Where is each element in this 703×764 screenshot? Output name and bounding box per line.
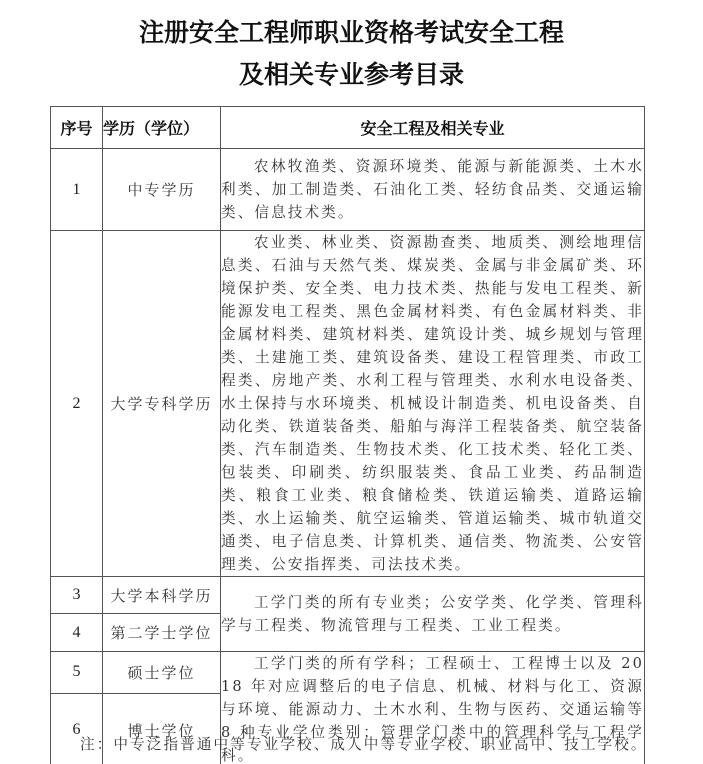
table-header-row: 序号 学历（学位） 安全工程及相关专业 (51, 107, 645, 149)
row-majors: 农业类、林业类、资源勘查类、地质类、测绘地理信息类、石油与天然气类、煤炭类、金属… (221, 231, 645, 577)
row-majors-merged: 工学门类的所有专业类；公安学类、化学类、管理科学与工程类、物流管理与工程类、工业… (221, 577, 645, 652)
header-index: 序号 (51, 107, 103, 149)
table-row: 2 大学专科学历 农业类、林业类、资源勘查类、地质类、测绘地理信息类、石油与天然… (51, 231, 645, 577)
row-degree: 中专学历 (103, 149, 221, 231)
row-index: 2 (51, 231, 103, 577)
document-title-line-1: 注册安全工程师职业资格考试安全工程 (0, 20, 703, 45)
majors-text: 农业类、林业类、资源勘查类、地质类、测绘地理信息类、石油与天然气类、煤炭类、金属… (221, 231, 644, 576)
row-degree: 硕士学位 (103, 652, 221, 694)
row-degree: 第二学士学位 (103, 614, 221, 652)
row-index: 1 (51, 149, 103, 231)
row-index: 4 (51, 614, 103, 652)
header-degree: 学历（学位） (103, 107, 221, 149)
table-row: 1 中专学历 农林牧渔类、资源环境类、能源与新能源类、土木水利类、加工制造类、石… (51, 149, 645, 231)
majors-text: 农林牧渔类、资源环境类、能源与新能源类、土木水利类、加工制造类、石油化工类、轻纺… (221, 155, 644, 224)
document-title-line-2: 及相关专业参考目录 (0, 62, 703, 87)
row-majors: 农林牧渔类、资源环境类、能源与新能源类、土木水利类、加工制造类、石油化工类、轻纺… (221, 149, 645, 231)
row-degree: 大学本科学历 (103, 577, 221, 614)
majors-text: 工学门类的所有专业类；公安学类、化学类、管理科学与工程类、物流管理与工程类、工业… (221, 591, 644, 637)
row-index: 3 (51, 577, 103, 614)
table-row: 3 大学本科学历 工学门类的所有专业类；公安学类、化学类、管理科学与工程类、物流… (51, 577, 645, 614)
row-index: 5 (51, 652, 103, 694)
header-majors: 安全工程及相关专业 (221, 107, 645, 149)
row-degree: 大学专科学历 (103, 231, 221, 577)
major-catalog-table: 序号 学历（学位） 安全工程及相关专业 1 中专学历 农林牧渔类、资源环境类、能… (50, 106, 645, 764)
footnote: 注：中专泛指普通中等专业学校、成人中等专业学校、职业高中、技工学校。 (80, 733, 648, 754)
table-row: 5 硕士学位 工学门类的所有学科；工程硕士、工程博士以及 2018 年对应调整后… (51, 652, 645, 694)
